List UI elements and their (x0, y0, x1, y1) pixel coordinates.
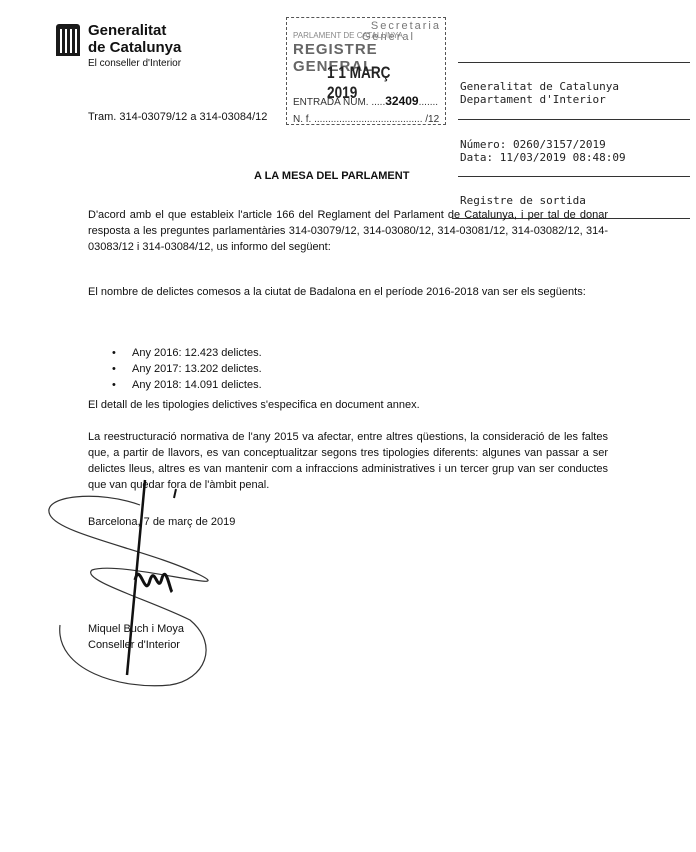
org-name-line2: de Catalunya (88, 40, 181, 56)
crime-count-intro: El nombre de delictes comesos a la ciuta… (88, 284, 608, 300)
org-name-line1: Generalitat (88, 23, 166, 39)
intro-paragraph: D'acord amb el que estableix l'article 1… (88, 207, 608, 255)
annex-note: El detall de les tipologies delictives s… (88, 397, 608, 413)
registry-data: Data: 11/03/2019 08:48:09 (460, 151, 626, 164)
registry-entry-stamp: Secretaria PARLAMENT DE CATALUNYA Genera… (286, 17, 446, 125)
registry-org: Generalitat de Catalunya (460, 80, 619, 93)
signatory-role: Conseller d'Interior (88, 637, 180, 653)
divider (458, 119, 690, 120)
crime-count-list: Any 2016: 12.423 delictes. Any 2017: 13.… (112, 345, 262, 393)
generalitat-logo-icon (56, 24, 80, 56)
signatory-name: Miquel Buch i Moya (88, 621, 184, 637)
org-subtitle: El conseller d'Interior (88, 58, 181, 69)
list-item: Any 2017: 13.202 delictes. (112, 361, 262, 377)
place-date: Barcelona, 7 de març de 2019 (88, 516, 235, 528)
list-item: Any 2018: 14.091 delictes. (112, 377, 262, 393)
stamp-nf: N. f. ..................................… (293, 114, 439, 125)
divider (458, 176, 690, 177)
registry-type: Registre de sortida (460, 194, 586, 207)
list-item: Any 2016: 12.423 delictes. (112, 345, 262, 361)
document-title: A LA MESA DEL PARLAMENT (254, 170, 409, 182)
stamp-entrada-number: 32409 (385, 94, 418, 108)
tram-reference: Tram. 314-03079/12 a 314-03084/12 (88, 111, 267, 123)
handwritten-signature-icon (0, 0, 696, 852)
registry-numero: Número: 0260/3157/2019 (460, 138, 606, 151)
stamp-entrada: ENTRADA NÚM. .....32409....... (293, 94, 438, 108)
registry-dept: Departament d'Interior (460, 93, 606, 106)
restructuring-paragraph: La reestructuració normativa de l'any 20… (88, 429, 608, 493)
divider (458, 62, 690, 63)
